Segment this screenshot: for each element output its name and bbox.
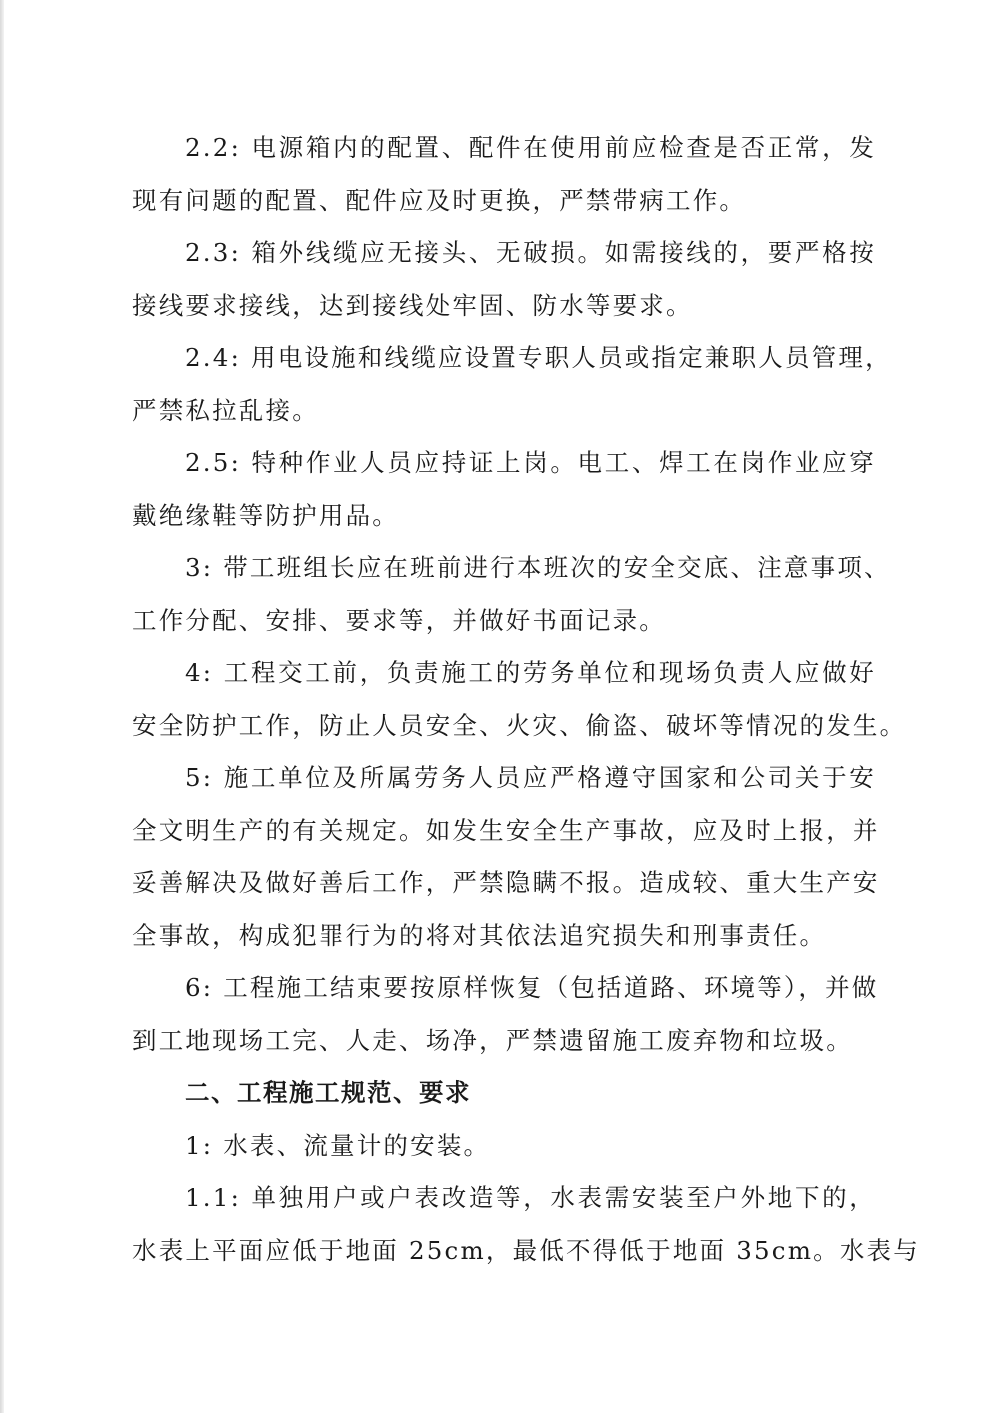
paragraph-2-3-line-1: 2.3: 箱外线缆应无接头、无破损。如需接线的，要严格按	[132, 227, 876, 280]
paragraph-5-line-3: 妥善解决及做好善后工作，严禁隐瞒不报。造成较、重大生产安	[132, 857, 876, 910]
paragraph-1-1-line-1: 1.1: 单独用户或户表改造等，水表需安装至户外地下的，	[132, 1172, 876, 1225]
document-page: 2.2: 电源箱内的配置、配件在使用前应检查是否正常，发 现有问题的配置、配件应…	[132, 122, 876, 1277]
paragraph-2-5-line-2: 戴绝缘鞋等防护用品。	[132, 490, 876, 543]
paragraph-2-4-line-2: 严禁私拉乱接。	[132, 385, 876, 438]
paragraph-2-2-line-1: 2.2: 电源箱内的配置、配件在使用前应检查是否正常，发	[132, 122, 876, 175]
subsection-1-title: 1: 水表、流量计的安装。	[132, 1120, 876, 1173]
section-heading: 二、工程施工规范、要求	[132, 1067, 876, 1120]
scan-edge	[0, 0, 4, 1413]
paragraph-3-line-1: 3: 带工班组长应在班前进行本班次的安全交底、注意事项、	[132, 542, 876, 595]
paragraph-2-2-line-2: 现有问题的配置、配件应及时更换，严禁带病工作。	[132, 175, 876, 228]
paragraph-2-3-line-2: 接线要求接线，达到接线处牢固、防水等要求。	[132, 280, 876, 333]
paragraph-2-5-line-1: 2.5: 特种作业人员应持证上岗。电工、焊工在岗作业应穿	[132, 437, 876, 490]
paragraph-3-line-2: 工作分配、安排、要求等，并做好书面记录。	[132, 595, 876, 648]
paragraph-5-line-2: 全文明生产的有关规定。如发生安全生产事故，应及时上报，并	[132, 805, 876, 858]
paragraph-6-line-1: 6: 工程施工结束要按原样恢复（包括道路、环境等），并做	[132, 962, 876, 1015]
paragraph-1-1-line-2: 水表上平面应低于地面 25cm，最低不得低于地面 35cm。水表与	[132, 1225, 876, 1278]
paragraph-5-line-1: 5: 施工单位及所属劳务人员应严格遵守国家和公司关于安	[132, 752, 876, 805]
paragraph-6-line-2: 到工地现场工完、人走、场净，严禁遗留施工废弃物和垃圾。	[132, 1015, 876, 1068]
paragraph-4-line-2: 安全防护工作，防止人员安全、火灾、偷盗、破坏等情况的发生。	[132, 700, 876, 753]
paragraph-5-line-4: 全事故，构成犯罪行为的将对其依法追究损失和刑事责任。	[132, 910, 876, 963]
paragraph-4-line-1: 4: 工程交工前，负责施工的劳务单位和现场负责人应做好	[132, 647, 876, 700]
paragraph-2-4-line-1: 2.4: 用电设施和线缆应设置专职人员或指定兼职人员管理，	[132, 332, 876, 385]
